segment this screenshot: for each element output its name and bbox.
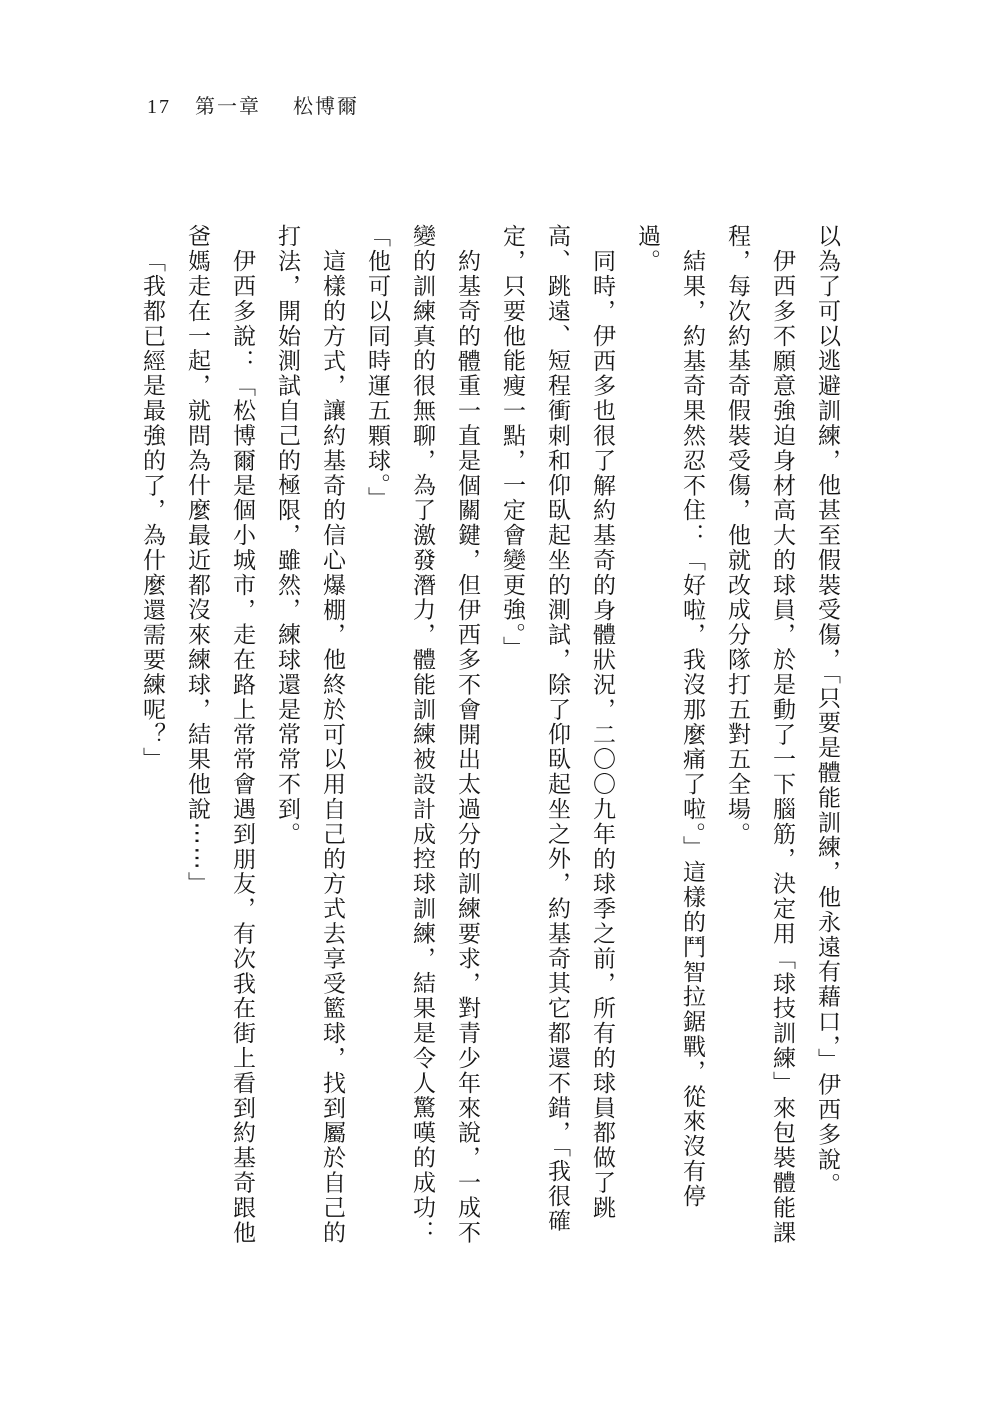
paragraph: 伊西多不願意強迫身材高大的球員，於是動了一下腦筋，決定用「球技訓練」來包裝體能課… [715, 224, 805, 1248]
page-number: 17 [147, 96, 171, 118]
paragraph: 約基奇的體重一直是個關鍵，但伊西多不會開出太過分的訓練要求，對青少年來說，一成不… [355, 224, 490, 1248]
chapter-label: 第一章 [195, 96, 261, 118]
paragraph: 同時，伊西多也很了解約基奇的身體狀況，二〇〇九年的球季之前，所有的球員都做了跳高… [490, 224, 625, 1248]
running-header: 17第一章松博爾 [147, 90, 359, 119]
paragraph: 「我都已經是最強的了，為什麼還需要練呢？」 [130, 224, 175, 1248]
paragraph: 這樣的方式，讓約基奇的信心爆棚，他終於可以用自己的方式去享受籃球，找到屬於自己的… [265, 224, 355, 1248]
body-text: 以為了可以逃避訓練，他甚至假裝受傷，「只要是體能訓練，他永遠有藉口，」伊西多說。… [160, 224, 850, 1248]
paragraph: 伊西多說：「松博爾是個小城市，走在路上常常會遇到朋友，有次我在街上看到約基奇跟他… [175, 224, 265, 1248]
chapter-title: 松博爾 [293, 96, 359, 118]
book-page: 17第一章松博爾 以為了可以逃避訓練，他甚至假裝受傷，「只要是體能訓練，他永遠有… [0, 0, 1000, 1403]
paragraph: 以為了可以逃避訓練，他甚至假裝受傷，「只要是體能訓練，他永遠有藉口，」伊西多說。 [805, 224, 850, 1248]
paragraph: 結果，約基奇果然忍不住：「好啦，我沒那麼痛了啦。」這樣的鬥智拉鋸戰，從來沒有停過… [625, 224, 715, 1248]
